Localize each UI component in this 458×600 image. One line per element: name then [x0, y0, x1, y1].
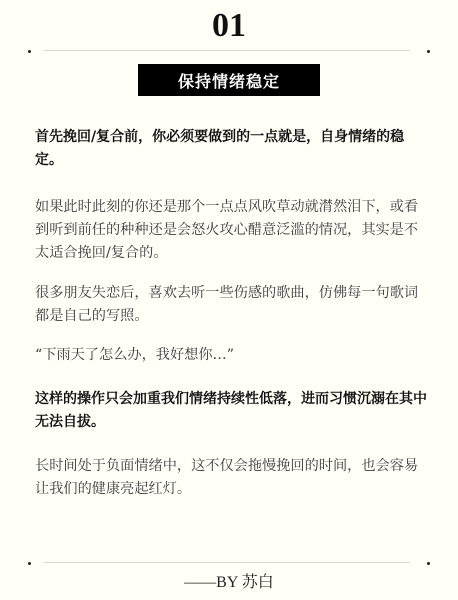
- section-title: 保持情绪稳定: [178, 69, 280, 92]
- paragraph-emotional-state: 如果此时此刻的你还是那个一点点风吹草动就潸然泪下，或看到听到前任的种种还是会怒火…: [35, 196, 427, 265]
- divider-top: [43, 50, 410, 51]
- author-signature: ——BY 苏白: [0, 569, 458, 592]
- divider-bottom: [43, 562, 410, 563]
- dot-bottom-left: [28, 562, 31, 565]
- paragraph-warning: 这样的操作只会加重我们情绪持续性低落，进而习惯沉溺在其中无法自拔。: [35, 388, 427, 434]
- paragraph-health: 长时间处于负面情绪中，这不仅会拖慢挽回的时间，也会容易让我们的健康亮起红灯。: [35, 455, 427, 501]
- paragraph-sad-songs: 很多朋友失恋后，喜欢去听一些伤感的歌曲，仿佛每一句歌词都是自己的写照。: [35, 282, 427, 328]
- dot-top-right: [427, 50, 430, 53]
- section-title-box: 保持情绪稳定: [138, 64, 320, 96]
- dot-top-left: [28, 50, 31, 53]
- paragraph-quote: “下雨天了怎么办，我好想你…”: [35, 344, 234, 367]
- section-number: 01: [0, 8, 458, 44]
- paragraph-intro: 首先挽回/复合前，你必须要做到的一点就是，自身情绪的稳定。: [35, 126, 427, 172]
- dot-bottom-right: [427, 562, 430, 565]
